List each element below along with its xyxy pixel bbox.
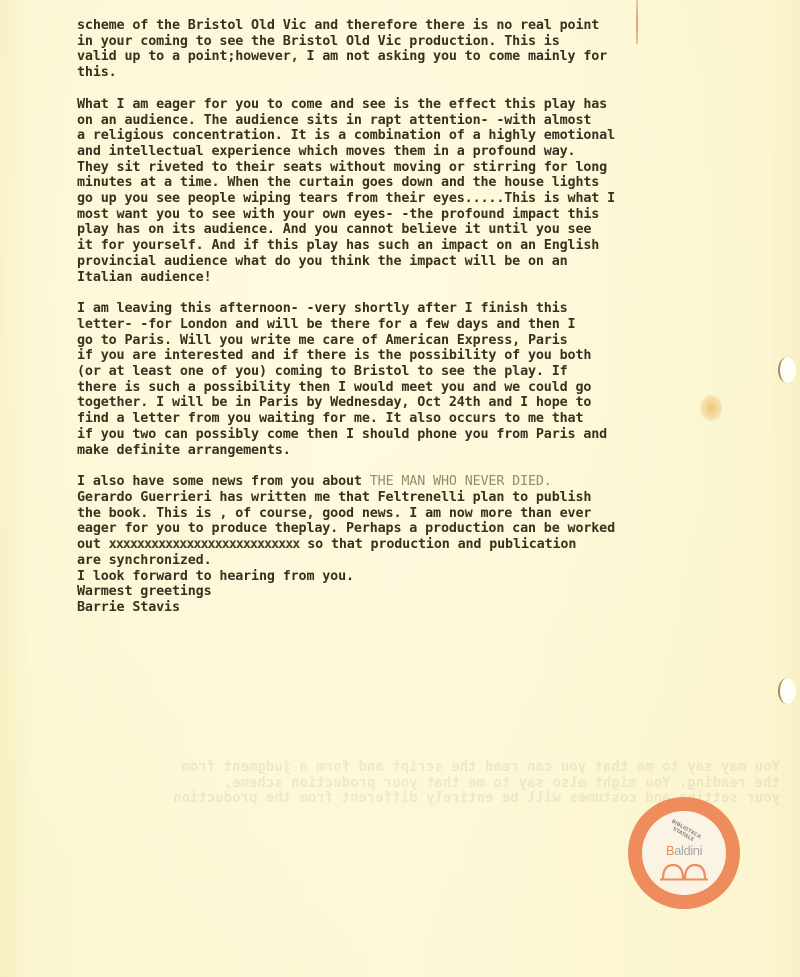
- signature: Barrie Stavis: [77, 600, 767, 616]
- stamp-name-initial: B: [666, 843, 674, 858]
- text-segment: I also have some news from you about: [77, 474, 370, 489]
- library-stamp: BIBLIOTECA STATALE Baldini: [628, 797, 740, 909]
- play-title-reference: THE MAN WHO NEVER DIED.: [370, 474, 552, 489]
- letter-body: scheme of the Bristol Old Vic and theref…: [77, 18, 767, 616]
- closing-line: I look forward to hearing from you.: [77, 569, 767, 585]
- paragraph-travel-plans: I am leaving this afternoon- -very short…: [77, 301, 767, 458]
- open-book-icon: [660, 861, 708, 881]
- stamp-name: Baldini: [642, 843, 726, 858]
- paragraph-publication-news: I also have some news from you about THE…: [77, 474, 767, 568]
- paragraph-audience-effect: What I am eager for you to come and see …: [77, 97, 767, 285]
- stamp-name-rest: aldini: [674, 843, 702, 858]
- salutation: Warmest greetings: [77, 584, 767, 600]
- binder-hole-lower: [778, 678, 796, 704]
- struck-out-text: xxxxxxxxxxxxxxxxxxxxxxxxxxx: [109, 537, 300, 552]
- binder-hole-upper: [778, 357, 796, 383]
- paragraph-continuation: scheme of the Bristol Old Vic and theref…: [77, 18, 767, 81]
- stamp-small-text: BIBLIOTECA STATALE: [667, 819, 702, 846]
